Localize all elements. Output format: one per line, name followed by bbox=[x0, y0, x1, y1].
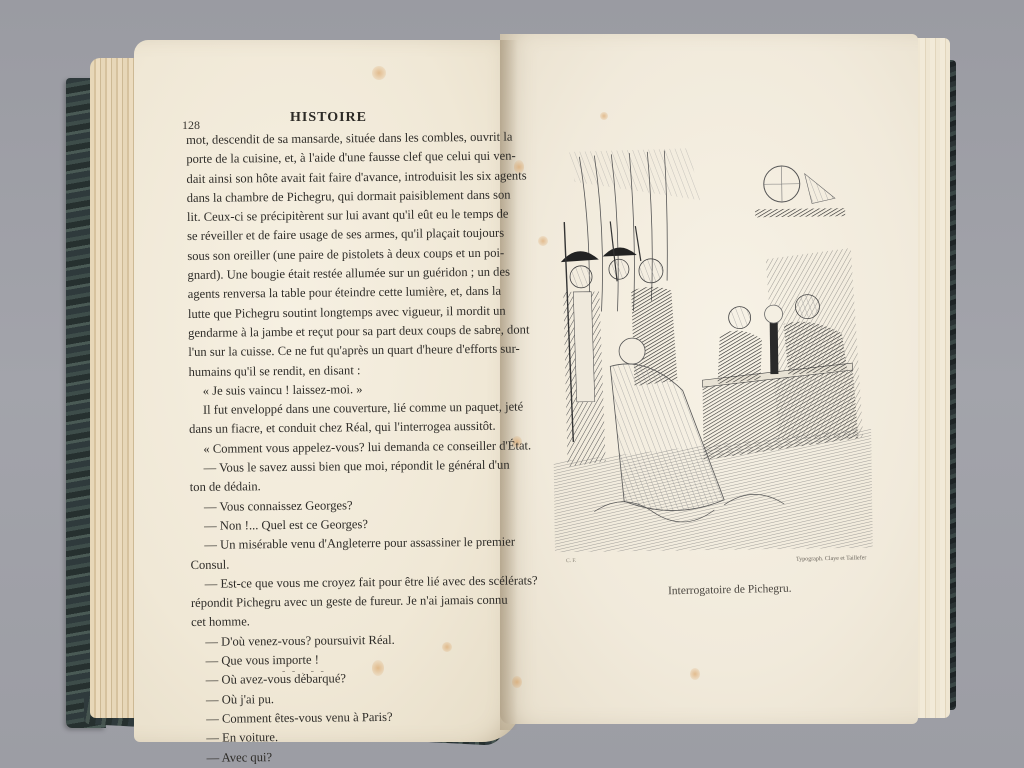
end-mark: - - . - - bbox=[282, 666, 326, 677]
body-text: mot, descendit de sa mansarde, située da… bbox=[186, 128, 491, 768]
foxing-spot bbox=[372, 66, 386, 80]
engraving-plate bbox=[549, 138, 873, 552]
text-line: porte de la cuisine, et, à l'aide d'une … bbox=[186, 147, 484, 169]
foxing-spot bbox=[512, 676, 522, 688]
engraver-signature: C. F. bbox=[566, 558, 577, 564]
text-line: répondit Pichegru avec un geste de fureu… bbox=[191, 591, 489, 613]
text-line: — Un misérable venu d'Angleterre pour as… bbox=[190, 533, 488, 555]
text-line: — Vous le savez aussi bien que moi, répo… bbox=[189, 456, 487, 478]
foxing-spot bbox=[600, 112, 608, 120]
plate-caption: Interrogatoire de Pichegru. bbox=[668, 583, 792, 598]
engraving-illustration bbox=[549, 138, 873, 552]
foxing-spot bbox=[690, 668, 700, 680]
text-line: — Avec qui? bbox=[192, 745, 490, 767]
text-line: l'un sur la cuisse. Ce ne fut qu'après u… bbox=[188, 340, 486, 362]
running-head: HISTOIRE bbox=[290, 110, 367, 126]
foxing-spot bbox=[538, 236, 548, 246]
text-line: agents renversa la table pour éteindre c… bbox=[188, 282, 486, 304]
